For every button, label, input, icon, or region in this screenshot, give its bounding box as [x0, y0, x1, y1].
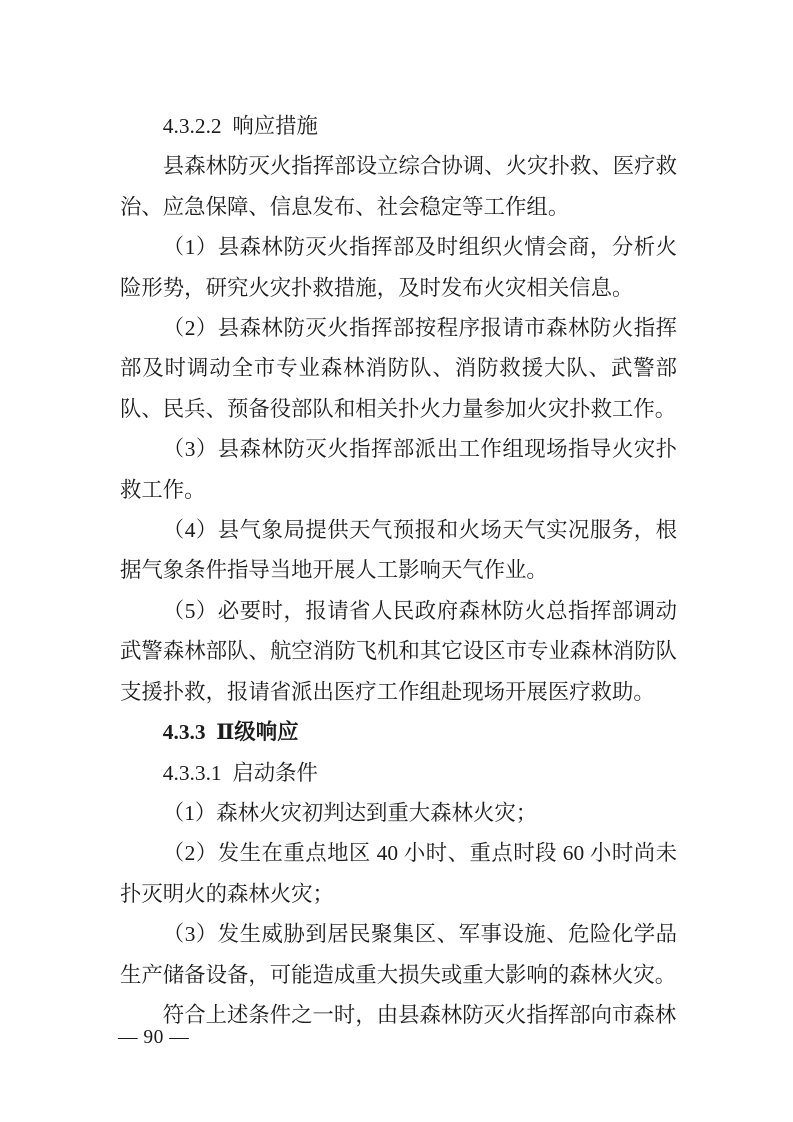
section-heading: 4.3.3.1 启动条件: [120, 753, 677, 793]
document-page: 4.3.2.2 响应措施县森林防灭火指挥部设立综合协调、火灾扑救、医疗救治、应急…: [0, 0, 793, 1122]
document-content: 4.3.2.2 响应措施县森林防灭火指挥部设立综合协调、火灾扑救、医疗救治、应急…: [120, 106, 677, 1035]
paragraph: （2）发生在重点地区 40 小时、重点时段 60 小时尚未扑灭明火的森林火灾；: [120, 833, 677, 914]
paragraph: （1）森林火灾初判达到重大森林火灾；: [120, 793, 677, 833]
paragraph: （2）县森林防灭火指挥部按程序报请市森林防火指挥部及时调动全市专业森林消防队、消…: [120, 308, 677, 429]
paragraph: 县森林防灭火指挥部设立综合协调、火灾扑救、医疗救治、应急保障、信息发布、社会稳定…: [120, 146, 677, 227]
paragraph: （3）发生威胁到居民聚集区、军事设施、危险化学品生产储备设备，可能造成重大损失或…: [120, 914, 677, 995]
section-heading: 4.3.2.2 响应措施: [120, 106, 677, 146]
paragraph: （5）必要时，报请省人民政府森林防火总指挥部调动武警森林部队、航空消防飞机和其它…: [120, 591, 677, 712]
paragraph: 符合上述条件之一时，由县森林防灭火指挥部向市森林: [120, 995, 677, 1035]
paragraph: （3）县森林防灭火指挥部派出工作组现场指导火灾扑救工作。: [120, 429, 677, 510]
paragraph: （1）县森林防灭火指挥部及时组织火情会商，分析火险形势，研究火灾扑救措施，及时发…: [120, 227, 677, 308]
page-number: — 90 —: [118, 1024, 189, 1052]
paragraph: （4）县气象局提供天气预报和火场天气实况服务，根据气象条件指导当地开展人工影响天…: [120, 510, 677, 591]
section-heading-bold: 4.3.3 Ⅱ级响应: [120, 712, 677, 752]
